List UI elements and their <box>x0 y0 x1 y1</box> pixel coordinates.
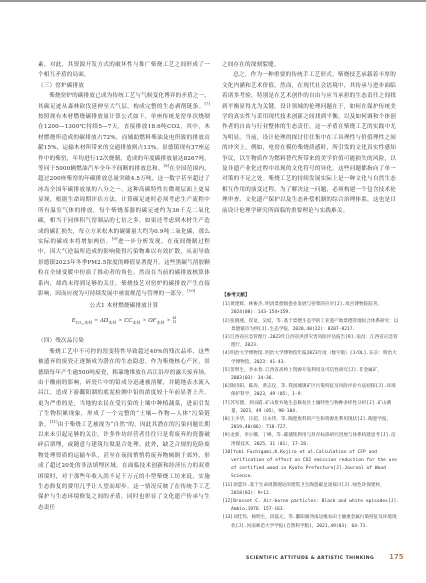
reference-item: [11]徐慧玲.基于生命周期理论的建筑卫生陶瓷碳足迹探讨[J].绿色环保建材，2… <box>222 482 400 498</box>
formula-fraction: 4412 <box>172 316 176 324</box>
reference-item: [8]王少华，汪超，汪永伟，等.陶瓷废料的产生和资源化利用现状[J].陶瓷学报，… <box>222 416 400 432</box>
formula-caption: 公式1 木材燃烧碳排放计算 <box>38 301 210 311</box>
reference-item: [1]黄建辉，林俊杰.明清景德镇瓷业发展与窑柴的应对[J].故宫博物院院刊，20… <box>222 301 400 317</box>
citation: [11] <box>50 420 58 424</box>
fraction-denominator: 12 <box>172 320 176 324</box>
formula-operator: = <box>92 318 100 324</box>
formula-operator: × <box>165 318 173 324</box>
formula-subscript: 木材 <box>132 320 140 325</box>
reference-item: [13]刘佳伟，杨明生，段磊元，等.鄱阳湖西南边缘农田土壤重金属污染特征及环境现… <box>222 514 400 530</box>
text: 柴烧窑炉的碳排放已成为传统工艺与气候变化博弈的矛盾之一，其碳足迹从森林砍伐延伸至… <box>38 93 210 109</box>
reference-item: [2]张晓燕，崔宽，吴娃，等.基于景德生态学的工业遗产地景德管地综合体系研究：以… <box>222 318 400 334</box>
formula-term: OF <box>148 318 156 324</box>
reference-item: [6]陶诗阳，陈涛，黄志仪，等.我国城镇矿区污染特征及风险评价方法初探[J].环… <box>222 383 400 399</box>
references-title: 【参考文献】 <box>222 292 400 300</box>
reference-item: [10]Yuki Fuchigami,K.Kojiro et al.Calcul… <box>222 449 400 482</box>
text: 由于柴烧工艺被视为“自然”的，因此其潜在的污染问题长期以来未引起足够的关注。许多… <box>38 422 210 511</box>
journal-running-footer: SCIENTIFIC ATTITUDE & ARTISTIC THINKING <box>246 556 374 561</box>
text: 柴烧工艺中不可控的窑变特性导致超过40%的残次品率，这些被遗弃的废瓷正逐渐成为潜… <box>38 349 210 428</box>
paragraph-conclusion: 总之，作为一种重要的传统手工艺形式，柴烧技艺承载着丰厚的文化内涵和艺术价值。然而… <box>222 70 396 216</box>
formula-subscript: 木材 <box>108 320 116 325</box>
citation: [7] <box>204 102 210 106</box>
formula-subscript: CO₂,木材 <box>76 320 93 325</box>
reference-item: [9]龙新，李小娜，丁峰，等.碳捕集利用与封存标准研究进展与体系构建思考[J].… <box>222 432 400 448</box>
paragraph-defect-pollution: 柴烧工艺中不可控的窑变特性导致超过40%的残次品率，这些被遗弃的废瓷正逐渐成为潜… <box>38 347 210 514</box>
top-border <box>0 0 427 2</box>
formula-subscript: 木材 <box>157 320 165 325</box>
text: 按照现有木材燃烧碳排放量计算公式如下，单座传统龙窑单次烧制在1200—1300℃… <box>38 114 210 172</box>
paragraph-continuation: 素，对此，其资源开发方式的破坏性与推广柴烧工艺之间形成了一个相互矛盾的局面。 <box>38 60 210 81</box>
paragraph-kiln-carbon: 柴烧窑炉的碳排放已成为传统工艺与气候变化博弈的矛盾之一，其碳足迹从森林砍伐延伸至… <box>38 91 210 299</box>
citation: [10] <box>187 289 195 293</box>
reference-item: [7]苏军德，李国霞.矿山废弃地生态修复区土壤特性与物种多样性分析[J].矿山测… <box>222 400 400 416</box>
text: 进一步分析发现，在夜间烧制过程中，因大气逆温所造成的影响使得污染物难以有效扩散，… <box>38 239 210 297</box>
paragraph-continuation: 之间存在的深刻裂缝。 <box>222 60 396 70</box>
page-number: 175 <box>389 553 404 561</box>
section-heading-defect-pollution: （四）残次品污染 <box>38 336 210 346</box>
text: 在全国范围内，超过200座柴窑的年碳排放总量突破4.5万吨，这一数字甚至超过了冰… <box>38 166 210 245</box>
right-column: 之间存在的深刻裂缝。 总之，作为一种重要的传统手工艺形式，柴烧技艺承载着丰厚的文… <box>222 60 396 216</box>
reference-item: [5]贺明生，李永春.江西省高岭土资源开发利用及可信性研究[J].非金属矿，20… <box>222 367 400 383</box>
formula-operator: × <box>117 318 125 324</box>
reference-item: [4]明治大学博物馆.明治大学博物馆年报2023年度（数字版）[J/OL].东京… <box>222 350 400 366</box>
left-column: 素，对此，其资源开发方式的破坏性与推广柴烧工艺之间形成了一个相互矛盾的局面。 （… <box>38 60 210 513</box>
reference-item: [12]Brosset C. Air-borne particles: Blac… <box>222 498 400 514</box>
references-section: 【参考文献】 [1]黄建辉，林俊杰.明清景德镇瓷业发展与窑柴的应对[J].故宫博… <box>222 292 400 531</box>
reference-item: [3]江西省应急管理厅.2023年江西省洪涝灾害风险评估报告[R].南昌：江西省… <box>222 334 400 350</box>
carbon-emission-formula: ECO₂,木材 = AD木材 × CC木材 × OF木材 × 4412 <box>38 316 210 329</box>
section-heading-kiln-carbon: （三）窑炉碳排放 <box>38 81 210 91</box>
